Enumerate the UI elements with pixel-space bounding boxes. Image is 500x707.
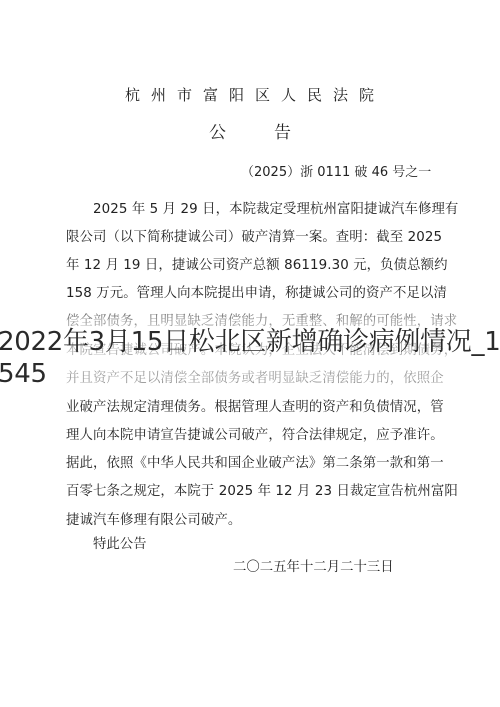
body-line: 理人向本院申请宣告捷诚公司破产，符合法律规定，应予准许。 bbox=[66, 424, 444, 443]
body-line: 捷诚汽车修理有限公司破产。 bbox=[66, 509, 241, 528]
body-line: 百零七条之规定，本院于 2025 年 12 月 23 日裁定宣告杭州富阳 bbox=[66, 480, 458, 499]
closing-phrase: 特此公告 bbox=[93, 533, 147, 552]
body-line: 2025 年 5 月 29 日，本院裁定受理杭州富阳捷诚汽车修理有 bbox=[93, 198, 458, 217]
body-line: 业破产法规定清理债务。根据管理人查明的资产和负债情况，管 bbox=[66, 396, 444, 415]
body-line: 年 12 月 19 日，捷诚公司资产总额 86119.30 元，负债总额约 bbox=[66, 254, 448, 273]
case-number: （2025）浙 0111 破 46 号之一 bbox=[241, 161, 431, 180]
overlay-title: 2022年3月15日松北区新增确诊病例情况_19545 bbox=[0, 326, 500, 390]
body-line: 158 万元。管理人向本院提出申请，称捷诚公司的资产不足以清 bbox=[66, 282, 447, 301]
notice-title: 公告 bbox=[0, 118, 500, 143]
body-line: 据此，依照《中华人民共和国企业破产法》第二条第一款和第一 bbox=[66, 452, 444, 471]
court-name: 杭州市富阳区人民法院 bbox=[0, 84, 500, 105]
body-line: 限公司（以下简称捷诚公司）破产清算一案。查明：截至 2025 bbox=[66, 226, 442, 245]
signature-date: 二〇二五年十二月二十三日 bbox=[233, 556, 394, 575]
